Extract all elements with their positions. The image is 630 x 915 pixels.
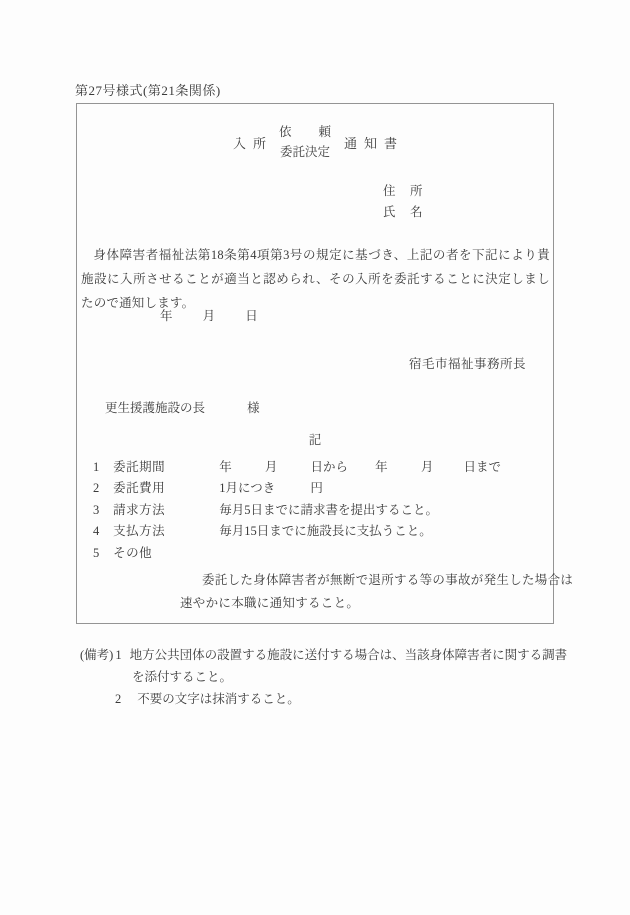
form-number: 第27号様式(第21条関係) [75,80,221,99]
title-part-nyusho: 入所 [233,133,273,152]
date-year-label: 年 [160,309,173,323]
list-item-payment: 4 支払方法 毎月15日までに施設長に支払うこと。 [93,521,549,542]
document-page: 第27号様式(第21条関係) 入所 依 頼 委託決定 通知書 住 所 氏 名 身… [0,0,630,915]
item-label: 請求方法 [113,500,216,521]
remarks-note-1-continuation: を添付すること。 [132,667,232,685]
section-mark-ki: 記 [77,430,553,448]
remarks-note-2: 2不要の文字は抹消すること。 [115,689,300,707]
title-part-tsuchisho: 通知書 [344,133,404,152]
remarks-note-1-text: 地方公共団体の設置する施設に送付する場合は、当該身体障害者に関する調書 [130,648,568,662]
item-number: 5 [93,543,110,564]
name-label: 氏 名 [383,202,424,223]
remarks-note-2-text: 不要の文字は抹消すること。 [137,692,300,706]
remarks-note-1-number: 1 [115,648,121,662]
list-item-cost: 2 委託費用 1月につき 円 [93,478,549,499]
item-label: その他 [113,543,216,564]
recipient-name: 更生援護施設の長 [105,401,205,415]
list-item-period: 1 委託期間 年 月 日から 年 月 日まで [93,457,549,478]
body-paragraph: 身体障害者福祉法第18条第4項第3号の規定に基づき、上記の者を下記により貴施設に… [81,243,550,315]
title-alternative-stack: 依 頼 委託決定 [279,122,331,162]
document-title: 入所 依 頼 委託決定 通知書 [77,120,553,164]
item-value: 1月につき 円 [219,481,323,495]
item-number: 3 [93,500,110,521]
remarks-note-2-number: 2 [115,692,121,706]
other-note-line1: 委託した身体障害者が無断で退所する等の事故が発生した場合は [202,570,573,588]
item-value: 毎月15日までに施設長に支払うこと。 [219,524,432,538]
item-number: 2 [93,478,110,499]
addressee-block: 住 所 氏 名 [383,181,424,223]
list-item-billing: 3 請求方法 毎月5日までに請求書を提出すること。 [93,500,549,521]
terms-list: 1 委託期間 年 月 日から 年 月 日まで 2 委託費用 1月につき 円 [93,457,549,564]
sender-title: 宿毛市福祉事務所長 [409,354,526,372]
title-alt-itakukettei: 委託決定 [279,142,331,162]
other-note-line2: 速やかに本職に通知すること。 [180,593,359,611]
item-number: 4 [93,521,110,542]
remarks-note-1: (備考)1地方公共団体の設置する施設に送付する場合は、当該身体障害者に関する調書 [80,645,567,663]
item-label: 委託期間 [113,457,216,478]
notice-box: 入所 依 頼 委託決定 通知書 住 所 氏 名 身体障害者福祉法第18条第4項第… [76,103,554,624]
address-label: 住 所 [383,181,424,202]
recipient-honorific: 様 [247,401,260,415]
remarks-label: (備考) [80,648,113,662]
date-line: 年 月 日 [160,306,258,324]
item-label: 委託費用 [113,478,216,499]
item-value: 年 月 日から 年 月 日まで [219,460,501,474]
date-day-label: 日 [245,309,258,323]
item-number: 1 [93,457,110,478]
item-value: 毎月5日までに請求書を提出すること。 [219,503,438,517]
date-month-label: 月 [203,309,216,323]
list-item-other: 5 その他 [93,543,549,564]
item-label: 支払方法 [113,521,216,542]
recipient-line: 更生援護施設の長 様 [105,398,260,416]
title-alt-irai: 依 頼 [279,122,331,142]
